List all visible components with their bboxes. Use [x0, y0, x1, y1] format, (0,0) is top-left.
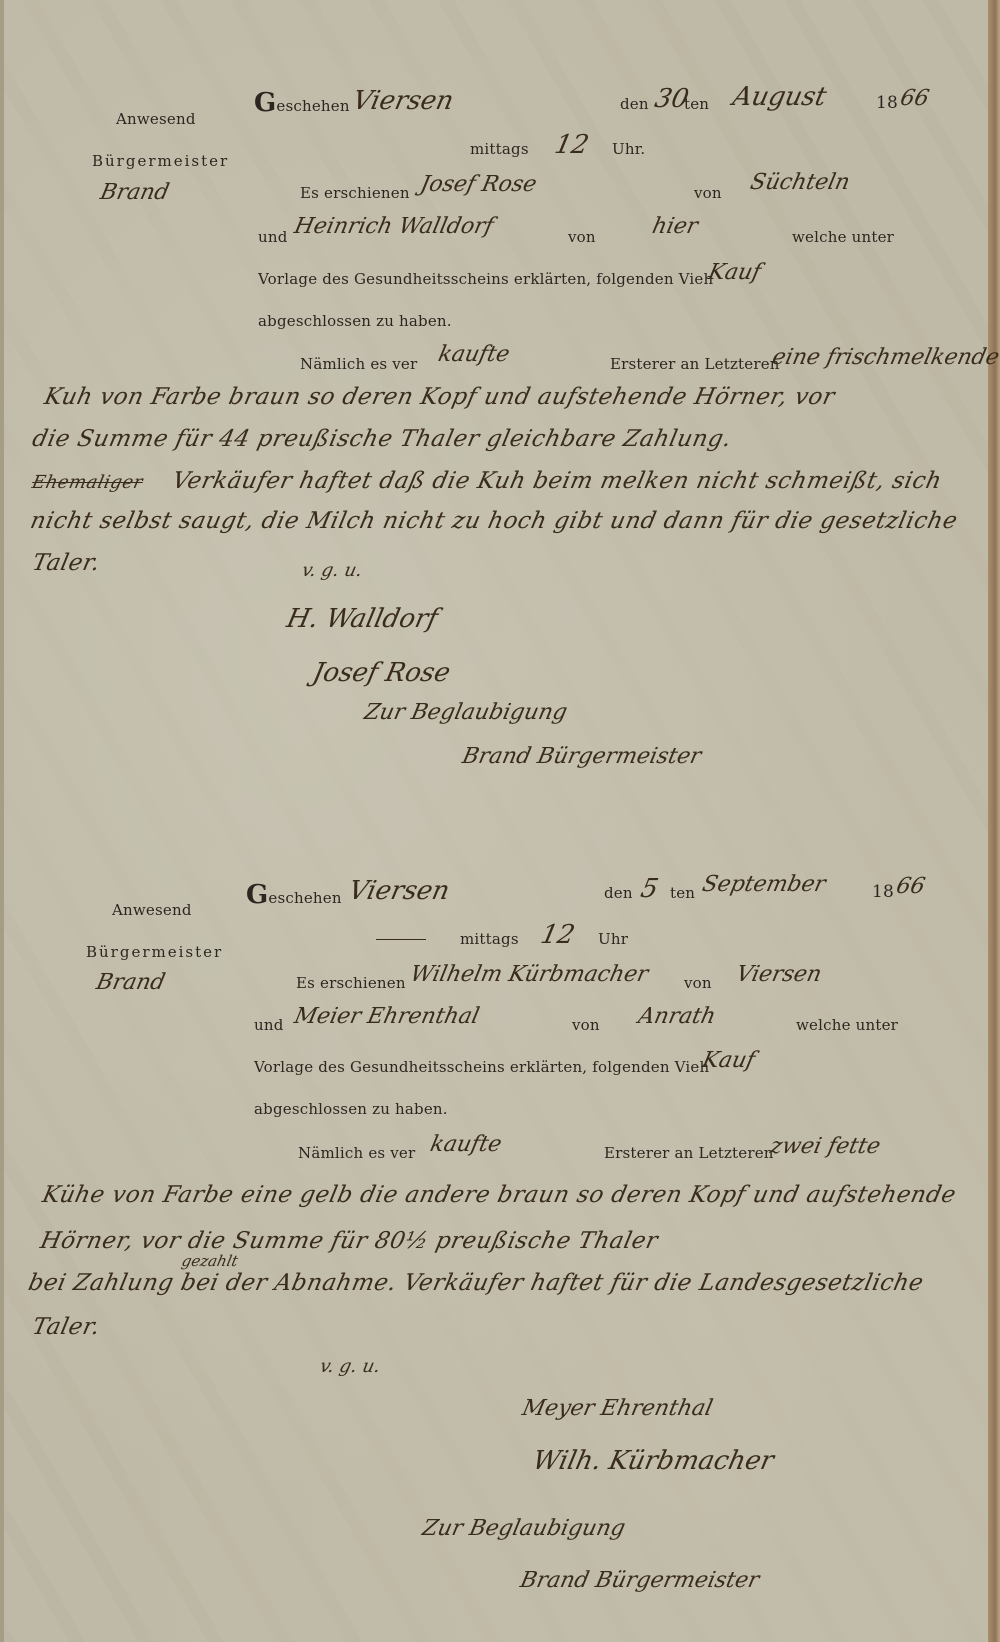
mittags-label: mittags — [460, 930, 519, 948]
naemlich-label: Nämlich es ver — [300, 355, 417, 373]
und-label: und — [254, 1016, 284, 1034]
party2-name-field: Heinrich Walldorf — [292, 214, 496, 239]
hour-field: 12 — [538, 920, 577, 950]
year-suffix-field: 66 — [898, 86, 931, 111]
month-field: August — [730, 82, 829, 112]
hour-field: 12 — [552, 130, 591, 160]
year-prefix: 18 — [876, 93, 898, 113]
signature-mayor: Brand Bürgermeister — [518, 1568, 761, 1593]
welche-unter-label: welche unter — [792, 228, 894, 246]
ten-label: ten — [670, 884, 695, 902]
abgeschlossen-label: abgeschlossen zu haben. — [258, 312, 452, 330]
von-label-1: von — [684, 974, 712, 992]
margin-official-name: Brand — [94, 970, 167, 995]
vgu-note: v. g. u. — [318, 1356, 382, 1377]
body-line-5: Taler. — [30, 550, 103, 576]
inserted-word: gezahlt — [180, 1252, 240, 1270]
margin-official-name: Brand — [98, 180, 171, 205]
geschehen-label: Geschehen — [254, 88, 350, 118]
margin-role-label: Bürgermeister — [92, 152, 229, 170]
es-erschienen-label: Es erschienen — [300, 184, 410, 202]
mittags-dash — [376, 939, 426, 940]
party1-name-field: Wilhelm Kürbmacher — [408, 962, 650, 987]
place-field: Viersen — [350, 86, 456, 116]
von-label-1: von — [694, 184, 722, 202]
vieh-type-field: Kauf — [700, 1048, 757, 1073]
und-label: und — [258, 228, 288, 246]
abgeschlossen-label: abgeschlossen zu haben. — [254, 1100, 448, 1118]
verb-field: kaufte — [428, 1132, 504, 1157]
den-label: den — [604, 884, 633, 902]
uhr-label: Uhr. — [612, 140, 645, 158]
party2-name-field: Meier Ehrenthal — [292, 1004, 482, 1029]
verb-field: kaufte — [436, 342, 512, 367]
place-field: Viersen — [346, 876, 452, 906]
den-label: den — [620, 95, 649, 113]
lead-text-field: zwei fette — [768, 1134, 883, 1159]
body-line-4: nicht selbst saugt, die Milch nicht zu h… — [28, 508, 960, 534]
naemlich-label: Nämlich es ver — [298, 1144, 415, 1162]
vorlage-label: Vorlage des Gesundheitsscheins erklärten… — [254, 1058, 709, 1076]
margin-present-label: Anwesend — [112, 901, 192, 919]
body-line-2: Hörner, vor die Summe für 80½ preußische… — [38, 1228, 660, 1254]
party2-origin-field: Anrath — [636, 1004, 718, 1029]
year-prefix: 18 — [872, 882, 894, 902]
von-label-2: von — [572, 1016, 600, 1034]
page-left-edge — [0, 0, 4, 1642]
body-line-1: Kuh von Farbe braun so deren Kopf und au… — [42, 384, 837, 410]
signature-buyer: H. Walldorf — [284, 604, 441, 634]
es-erschienen-label: Es erschienen — [296, 974, 406, 992]
welche-unter-label: welche unter — [796, 1016, 898, 1034]
margin-present-label: Anwesend — [116, 110, 196, 128]
certification-note: Zur Beglaubigung — [420, 1516, 628, 1541]
signature-buyer: Meyer Ehrenthal — [520, 1396, 715, 1421]
body-line-4: Taler. — [30, 1314, 103, 1340]
lead-text-field: eine frischmelkende — [770, 345, 1000, 370]
vieh-type-field: Kauf — [706, 260, 763, 285]
vgu-note: v. g. u. — [300, 560, 364, 581]
certification-note: Zur Beglaubigung — [362, 700, 570, 725]
party1-origin-field: Süchteln — [748, 170, 852, 195]
year-suffix-field: 66 — [894, 874, 927, 899]
month-field: September — [700, 872, 828, 897]
struck-word: Ehemaliger — [30, 472, 145, 493]
von-label-2: von — [568, 228, 596, 246]
ersterer-label: Ersterer an Letzteren — [604, 1144, 774, 1162]
party2-origin-field: hier — [650, 214, 700, 239]
signature-seller: Josef Rose — [310, 658, 453, 688]
body-line-1: Kühe von Farbe eine gelb die andere brau… — [40, 1182, 958, 1208]
page-binding-edge — [988, 0, 1000, 1642]
body-line-3: Verkäufer haftet daß die Kuh beim melken… — [170, 468, 944, 494]
geschehen-label: Geschehen — [246, 880, 342, 910]
vorlage-label: Vorlage des Gesundheitsscheins erklärten… — [258, 270, 713, 288]
body-line-3: bei Zahlung bei der Abnahme. Verkäufer h… — [26, 1270, 926, 1296]
uhr-label: Uhr — [598, 930, 628, 948]
margin-role-label: Bürgermeister — [86, 943, 223, 961]
ersterer-label: Ersterer an Letzteren — [610, 355, 780, 373]
day-field: 5 — [638, 874, 661, 904]
party1-origin-field: Viersen — [734, 962, 824, 987]
signature-mayor: Brand Bürgermeister — [460, 744, 703, 769]
body-line-2: die Summe für 44 preußische Thaler gleic… — [30, 426, 734, 452]
signature-seller: Wilh. Kürbmacher — [530, 1446, 777, 1476]
document-page: Anwesend Bürgermeister Brand Geschehen V… — [0, 0, 1000, 1642]
party1-name-field: Josef Rose — [418, 172, 539, 197]
mittags-label: mittags — [470, 140, 529, 158]
ten-label: ten — [684, 95, 709, 113]
